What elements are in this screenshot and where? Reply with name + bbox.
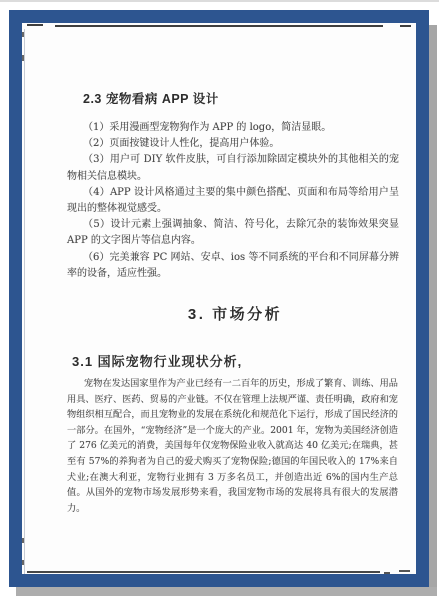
scan-artifact-top-dash-left: [27, 24, 43, 26]
list-item: （4）APP 设计风格通过主要的集中颜色搭配、页面和布局等给用户呈现出的整体视觉…: [67, 185, 399, 217]
scan-artifact-top-dash-right: [400, 25, 411, 27]
scan-artifact-tick: [22, 55, 24, 61]
scan-edge-strip: [0, 0, 439, 2]
section-heading-intl-pet-industry: 3.1 国际宠物行业现状分析,: [72, 351, 242, 370]
scan-artifact-tick: [22, 560, 24, 565]
page-shadow-right: [429, 25, 437, 596]
list-item: （2）页面按键设计人性化，提高用户体验。: [67, 136, 399, 152]
scan-artifact-tick: [22, 32, 24, 37]
scan-artifact-top-line: [55, 25, 383, 27]
scan-artifact-bottom-dash: [384, 572, 390, 574]
page-shadow-bottom: [16, 587, 437, 596]
list-item: （6）完美兼容 PC 网站、安卓、ios 等不同系统的平台和不同屏幕分辨率的设备…: [67, 250, 399, 282]
app-design-feature-list: （1）采用漫画型宠物狗作为 APP 的 logo，简洁显眼。 （2）页面按键设计…: [67, 120, 399, 282]
scan-artifact-left-line: [24, 29, 25, 574]
document-page: 2.3 宠物看病 APP 设计 （1）采用漫画型宠物狗作为 APP 的 logo…: [22, 23, 416, 574]
list-item: （5）设计元素上强调抽象、简洁、符号化，去除冗杂的装饰效果突显 APP 的文字图…: [67, 217, 399, 249]
list-item: （3）用户可 DIY 软件皮肤，可自行添加除固定模块外的其他相关的宠物相关信息模…: [67, 152, 399, 184]
scan-artifact-tick: [22, 538, 24, 543]
list-item: （1）采用漫画型宠物狗作为 APP 的 logo，简洁显眼。: [67, 120, 399, 136]
chapter-heading-market-analysis: 3. 市场分析: [22, 303, 416, 324]
section-heading-app-design: 2.3 宠物看病 APP 设计: [83, 89, 219, 107]
scan-artifact-bottom-line: [27, 571, 380, 573]
page-border-frame: 2.3 宠物看病 APP 设计 （1）采用漫画型宠物狗作为 APP 的 logo…: [9, 10, 429, 587]
scan-artifact-bottom-dash: [399, 570, 410, 572]
intl-pet-industry-paragraph: 宠物在发达国家里作为产业已经有一二百年的历史，形成了繁育、训练、用品用具、医疗、…: [67, 376, 398, 516]
